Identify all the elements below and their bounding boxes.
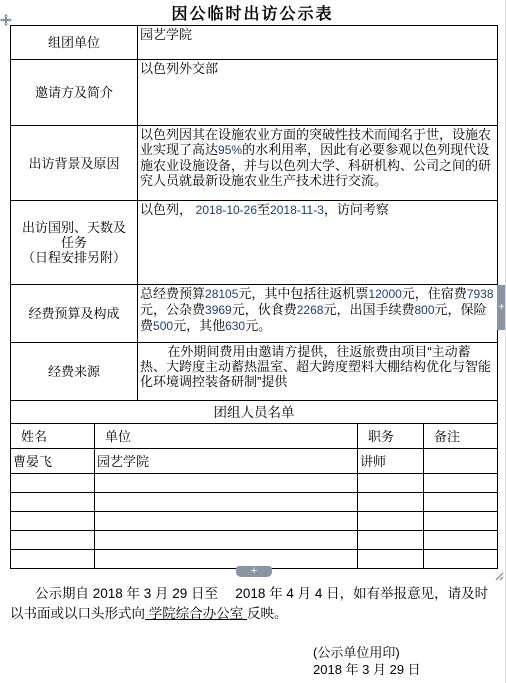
members-header-unit: 单位 (95, 424, 358, 449)
member-duty-cell[interactable] (358, 493, 424, 512)
member-empty-row (11, 531, 498, 550)
notice-suffix: 反映。 (247, 606, 288, 621)
members-section-title: 团组人员名单 (11, 401, 498, 424)
members-header-name: 姓名 (11, 424, 95, 449)
member-name-cell[interactable] (11, 550, 95, 569)
document-page: { "title": "因公临时出访公示表", "colors": { "dig… (0, 0, 506, 683)
member-note-cell[interactable] (424, 512, 498, 531)
form-value-inviter[interactable]: 以色列外交部 (138, 60, 498, 126)
member-note-cell[interactable] (424, 449, 498, 474)
add-row-button[interactable]: + (236, 566, 272, 577)
seal-line: (公示单位用印) (313, 644, 421, 661)
form-row-inviter: 邀请方及简介 以色列外交部 (11, 60, 498, 126)
add-column-button[interactable]: + (497, 285, 506, 330)
member-duty-cell[interactable] (358, 531, 424, 550)
members-header-row: 姓名 单位 职务 备注 (11, 424, 498, 449)
member-empty-row (11, 493, 498, 512)
form-value-funding-source[interactable]: 在外期间费用由邀请方提供，往返旅费由项目“主动蓄热、大跨度主动蓄热温室、超大跨度… (138, 343, 498, 401)
form-label-inviter: 邀请方及简介 (11, 60, 138, 126)
member-row: 曹晏飞 园艺学院 讲师 (11, 449, 498, 474)
member-empty-row (11, 474, 498, 493)
form-value-background[interactable]: 以色列因其在设施农业方面的突破性技术而闻名于世，设施农业实现了高达95%的水利用… (138, 126, 498, 201)
visit-form-table: 组团单位 园艺学院 邀请方及简介 以色列外交部 出访背景及原因 以色列因其在设施… (10, 25, 498, 569)
form-row-group-unit: 组团单位 园艺学院 (11, 26, 498, 60)
member-duty-cell[interactable]: 讲师 (358, 449, 424, 474)
member-name-cell[interactable] (11, 512, 95, 531)
signature-block: (公示单位用印) 2018 年 3 月 29 日 (313, 644, 421, 678)
notice-office-underlined: 学院综合办公室 (145, 606, 247, 621)
member-name-cell[interactable] (11, 474, 95, 493)
form-label-country-days: 出访国别、天数及 任务 （日程安排另附） (11, 201, 138, 285)
form-row-funding-source: 经费来源 在外期间费用由邀请方提供，往返旅费由项目“主动蓄热、大跨度主动蓄热温室… (11, 343, 498, 401)
member-duty-cell[interactable] (358, 550, 424, 569)
table-resize-handle-icon[interactable] (495, 568, 504, 577)
member-unit-cell[interactable] (95, 474, 358, 493)
form-value-budget[interactable]: 总经费预算28105元，其中包括往返机票12000元，住宿费7938元，公杂费3… (138, 285, 498, 343)
page-title: 因公临时出访公示表 (0, 1, 505, 24)
form-label-background: 出访背景及原因 (11, 126, 138, 201)
form-label-budget: 经费预算及构成 (11, 285, 138, 343)
member-note-cell[interactable] (424, 474, 498, 493)
table-move-handle-icon[interactable] (0, 13, 12, 25)
member-duty-cell[interactable] (358, 512, 424, 531)
member-name-cell[interactable] (11, 531, 95, 550)
member-unit-cell[interactable] (95, 493, 358, 512)
member-unit-cell[interactable] (95, 531, 358, 550)
member-unit-cell[interactable]: 园艺学院 (95, 449, 358, 474)
member-name-cell[interactable] (11, 493, 95, 512)
publicity-notice-text: 公示期自 2018 年 3 月 29 日至 2018 年 4 月 4 日，如有举… (10, 584, 497, 624)
member-note-cell[interactable] (424, 550, 498, 569)
plus-icon: + (251, 565, 257, 577)
members-header-note: 备注 (424, 424, 498, 449)
date-line: 2018 年 3 月 29 日 (313, 661, 421, 678)
form-value-country-days[interactable]: 以色列， 2018-10-26至2018-11-3，访问考察 (138, 201, 498, 285)
form-row-background: 出访背景及原因 以色列因其在设施农业方面的突破性技术而闻名于世，设施农业实现了高… (11, 126, 498, 201)
form-value-group-unit[interactable]: 园艺学院 (138, 26, 498, 60)
member-unit-cell[interactable] (95, 512, 358, 531)
member-duty-cell[interactable] (358, 474, 424, 493)
member-name-cell[interactable]: 曹晏飞 (11, 449, 95, 474)
form-label-group-unit: 组团单位 (11, 26, 138, 60)
members-section-row: 团组人员名单 (11, 401, 498, 424)
members-header-duty: 职务 (358, 424, 424, 449)
member-note-cell[interactable] (424, 531, 498, 550)
form-row-budget: 经费预算及构成 总经费预算28105元，其中包括往返机票12000元，住宿费79… (11, 285, 498, 343)
form-label-funding-source: 经费来源 (11, 343, 138, 401)
plus-icon: + (499, 302, 505, 313)
member-unit-cell[interactable] (95, 550, 358, 569)
form-row-country-days: 出访国别、天数及 任务 （日程安排另附） 以色列， 2018-10-26至201… (11, 201, 498, 285)
member-empty-row (11, 512, 498, 531)
member-note-cell[interactable] (424, 493, 498, 512)
